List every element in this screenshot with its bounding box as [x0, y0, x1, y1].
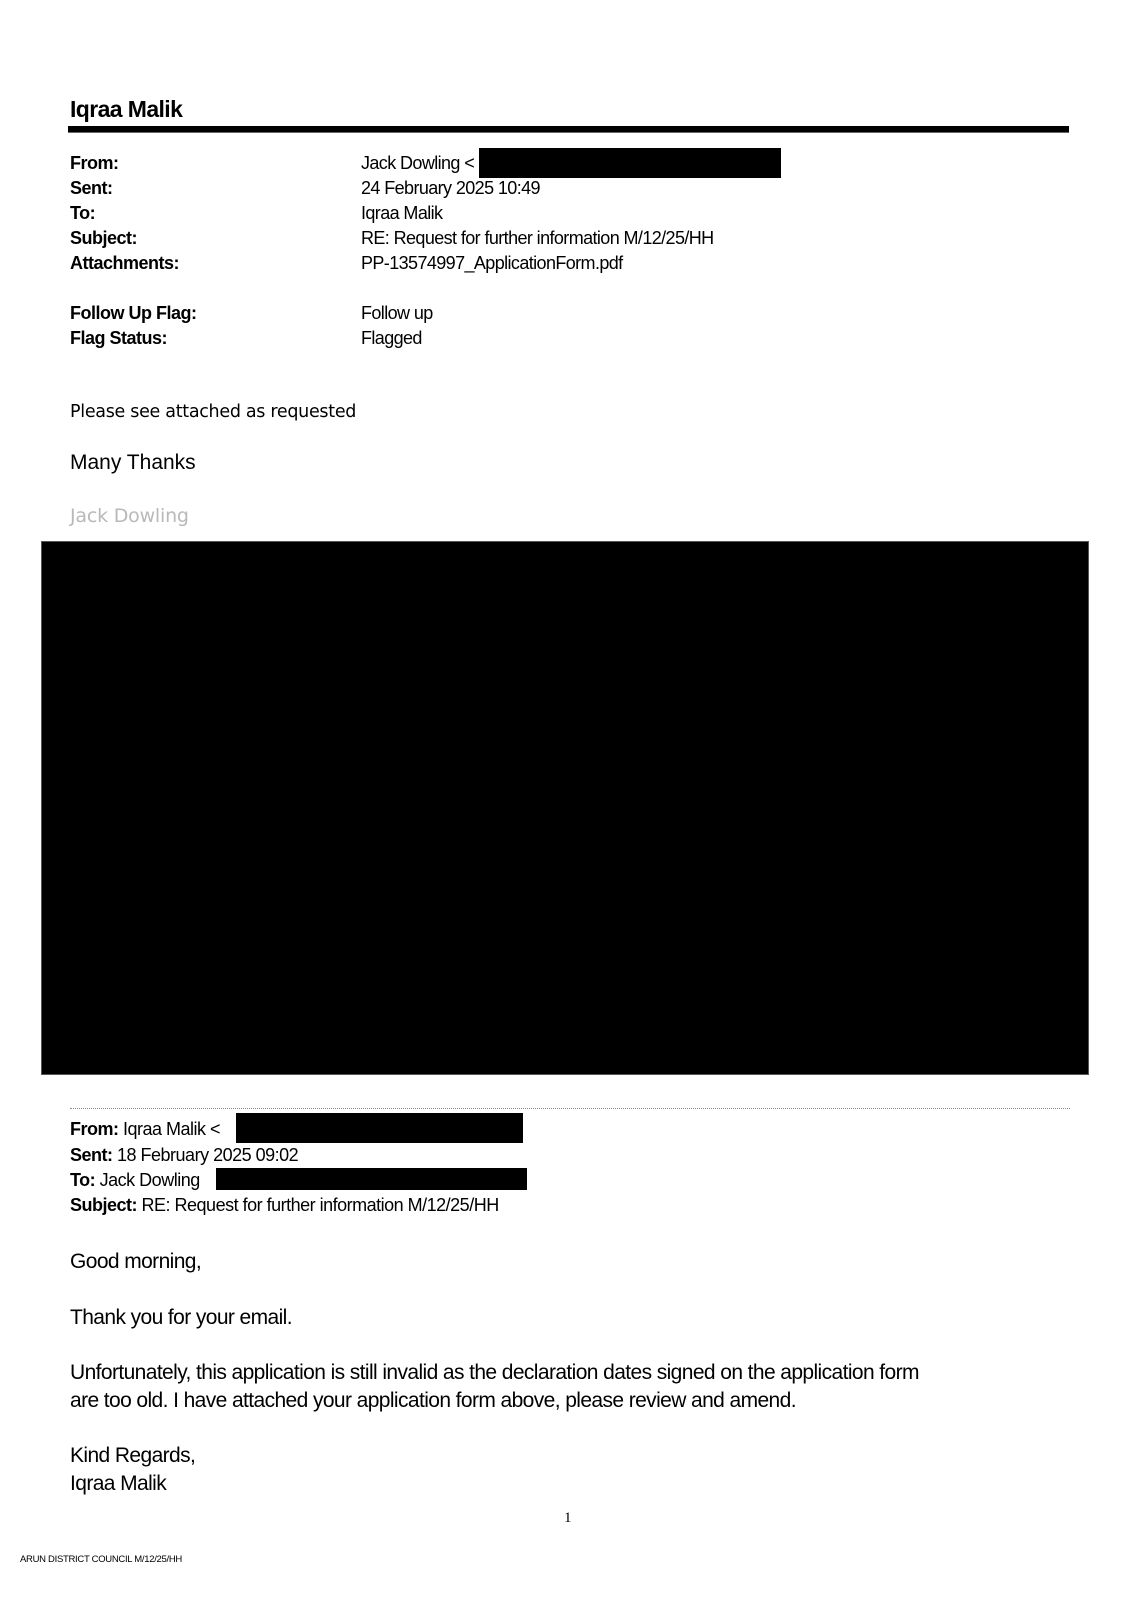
flag-status-label: Flag Status: — [70, 328, 167, 349]
flag-status-value: Flagged — [361, 328, 422, 349]
redaction-signature-block — [41, 541, 1089, 1075]
title-rule — [68, 126, 1069, 133]
document-footer: ARUN DISTRICT COUNCIL M/12/25/HH — [20, 1554, 182, 1565]
email2-para2-line1: Unfortunately, this application is still… — [70, 1359, 919, 1387]
follow-up-flag-label: Follow Up Flag: — [70, 303, 196, 324]
email2-para1: Thank you for your email. — [70, 1304, 292, 1332]
header-from-label: From: — [70, 153, 119, 174]
email2-para2-line2: are too old. I have attached your applic… — [70, 1387, 796, 1415]
header-subject-value: RE: Request for further information M/12… — [361, 228, 714, 249]
header-from-value: Jack Dowling < — [361, 153, 474, 174]
header-subject-label: Subject: — [70, 228, 137, 249]
email1-closing: Many Thanks — [70, 451, 196, 475]
email2-closing: Kind Regards, — [70, 1442, 195, 1470]
header-sent-value: 24 February 2025 10:49 — [361, 178, 540, 199]
header-to-value: Iqraa Malik — [361, 203, 442, 224]
email2-from-value: Iqraa Malik < — [123, 1119, 220, 1139]
email2-from-label: From: — [70, 1119, 119, 1139]
header-sent-label: Sent: — [70, 178, 113, 199]
email-separator — [70, 1108, 1070, 1109]
redaction-email2-from — [236, 1113, 523, 1143]
email2-subject-value: RE: Request for further information M/12… — [142, 1195, 499, 1215]
email2-to: To: Jack Dowling — [70, 1170, 200, 1191]
email1-signature: Jack Dowling — [70, 505, 189, 527]
email2-signature: Iqraa Malik — [70, 1470, 166, 1498]
email2-sent-label: Sent: — [70, 1145, 113, 1165]
page-number: 1 — [564, 1510, 572, 1527]
email2-from: From: Iqraa Malik < — [70, 1119, 220, 1140]
email2-sent-value: 18 February 2025 09:02 — [117, 1145, 298, 1165]
redaction-email2-to — [216, 1168, 527, 1190]
follow-up-flag-value: Follow up — [361, 303, 433, 324]
header-to-label: To: — [70, 203, 95, 224]
attachment-link[interactable]: PP-13574997_ApplicationForm.pdf — [361, 253, 623, 274]
email2-greeting: Good morning, — [70, 1248, 201, 1276]
document-title: Iqraa Malik — [70, 96, 182, 123]
email2-sent: Sent: 18 February 2025 09:02 — [70, 1145, 298, 1166]
email2-subject-label: Subject: — [70, 1195, 137, 1215]
email2-to-value: Jack Dowling — [100, 1170, 200, 1190]
redaction-from-email — [479, 148, 781, 178]
email1-body: Please see attached as requested — [70, 402, 356, 422]
header-attachments-label: Attachments: — [70, 253, 179, 274]
email2-to-label: To: — [70, 1170, 95, 1190]
email2-subject: Subject: RE: Request for further informa… — [70, 1195, 499, 1216]
